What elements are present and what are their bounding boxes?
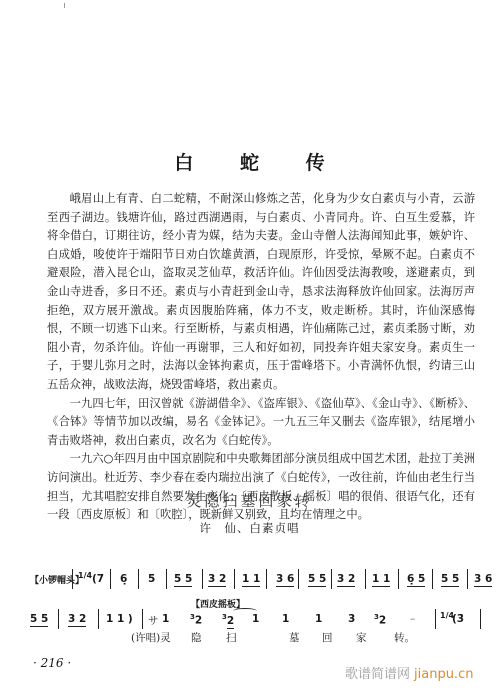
synopsis-text: 峨眉山上有青、白二蛇精，不耐深山修炼之苦，化身为少女白素贞与小青，云游至西子湖边… [47, 190, 475, 525]
lyric: 隐 [191, 630, 202, 645]
lyric: (许唱)灵 [131, 630, 171, 645]
note: 1 [252, 613, 259, 625]
song-title: 灵隐扫墓回家转 [0, 490, 499, 511]
note: 5 [148, 573, 155, 585]
note-group: 3 6 [276, 573, 294, 587]
lyric: 墓 [289, 630, 300, 645]
note-group: 6̣ 5 [407, 573, 425, 587]
time-signature: 1/4 [78, 571, 92, 580]
section-label: 【小锣帽头】 [30, 573, 84, 586]
free-meter-mark: サ [148, 613, 159, 628]
title-char: 白 [174, 148, 193, 175]
title-char: 传 [306, 148, 325, 175]
note-group: 1 1 [372, 573, 390, 587]
title-char: 蛇 [240, 148, 259, 175]
score-row-2: 5 5 3 2 1 1 ) サ 1 32 32 1 1 1 3 32 – 1/4… [30, 613, 490, 633]
note: 32 [190, 613, 202, 627]
note-group: 5 5 [30, 613, 48, 627]
paragraph: 一九六○年四月由中国京剧院和中央歌舞团部分演员组成中国艺术团，赴拉丁美洲访问演出… [47, 450, 475, 524]
lyric: 转。 [394, 630, 415, 645]
page-number: · 216 · [33, 656, 71, 670]
note-group: 5 5 [174, 573, 192, 587]
score-row-1: 【小锣帽头】 1/4 (7̇ 6̣ 5 5 5 3 2 1 1 3 6 5 5 … [30, 573, 490, 593]
note: 32 [222, 613, 234, 627]
note-group: 3 6 [474, 573, 492, 587]
note-group: 1 1 [242, 573, 260, 587]
note: 6̣ [120, 573, 127, 585]
note: (7̇ [92, 573, 104, 585]
note: 1 [162, 613, 169, 625]
dash-sustain: – [410, 613, 415, 625]
note: (3̇ [452, 613, 464, 625]
singers-line: 许 仙、白素贞唱 [0, 520, 499, 536]
page-edge-mark [64, 3, 65, 8]
paragraph: 峨眉山上有青、白二蛇精，不耐深山修炼之苦，化身为少女白素贞与小青，云游至西子湖边… [47, 190, 475, 395]
watermark: 歌谱简谱网jianpu.cn [345, 663, 473, 682]
lyric: 家 [356, 630, 367, 645]
note: 32 [374, 613, 386, 627]
note-group: 3 2 [68, 613, 86, 627]
watermark-cn: 歌谱简谱网 [345, 667, 410, 682]
lyric: 回 [322, 630, 333, 645]
note: 1 [315, 613, 322, 625]
note-group: 1 1 ) [106, 613, 133, 625]
watermark-site: jianpu.cn [414, 667, 473, 682]
note-group: 5 5 [441, 573, 459, 587]
page-title: 白 蛇 传 [0, 148, 499, 175]
note: 1 [282, 613, 289, 625]
note-group: 3 2 [337, 573, 355, 587]
note-group: 3 2 [208, 573, 226, 587]
lyric: 扫 [226, 630, 237, 645]
note: 3 [348, 613, 355, 625]
paragraph: 一九四七年，田汉曾就《游湖借伞》、《盗库银》、《盗仙草》、《金山寺》、《断桥》、… [47, 395, 475, 451]
note-group: 5 5 [308, 573, 326, 587]
